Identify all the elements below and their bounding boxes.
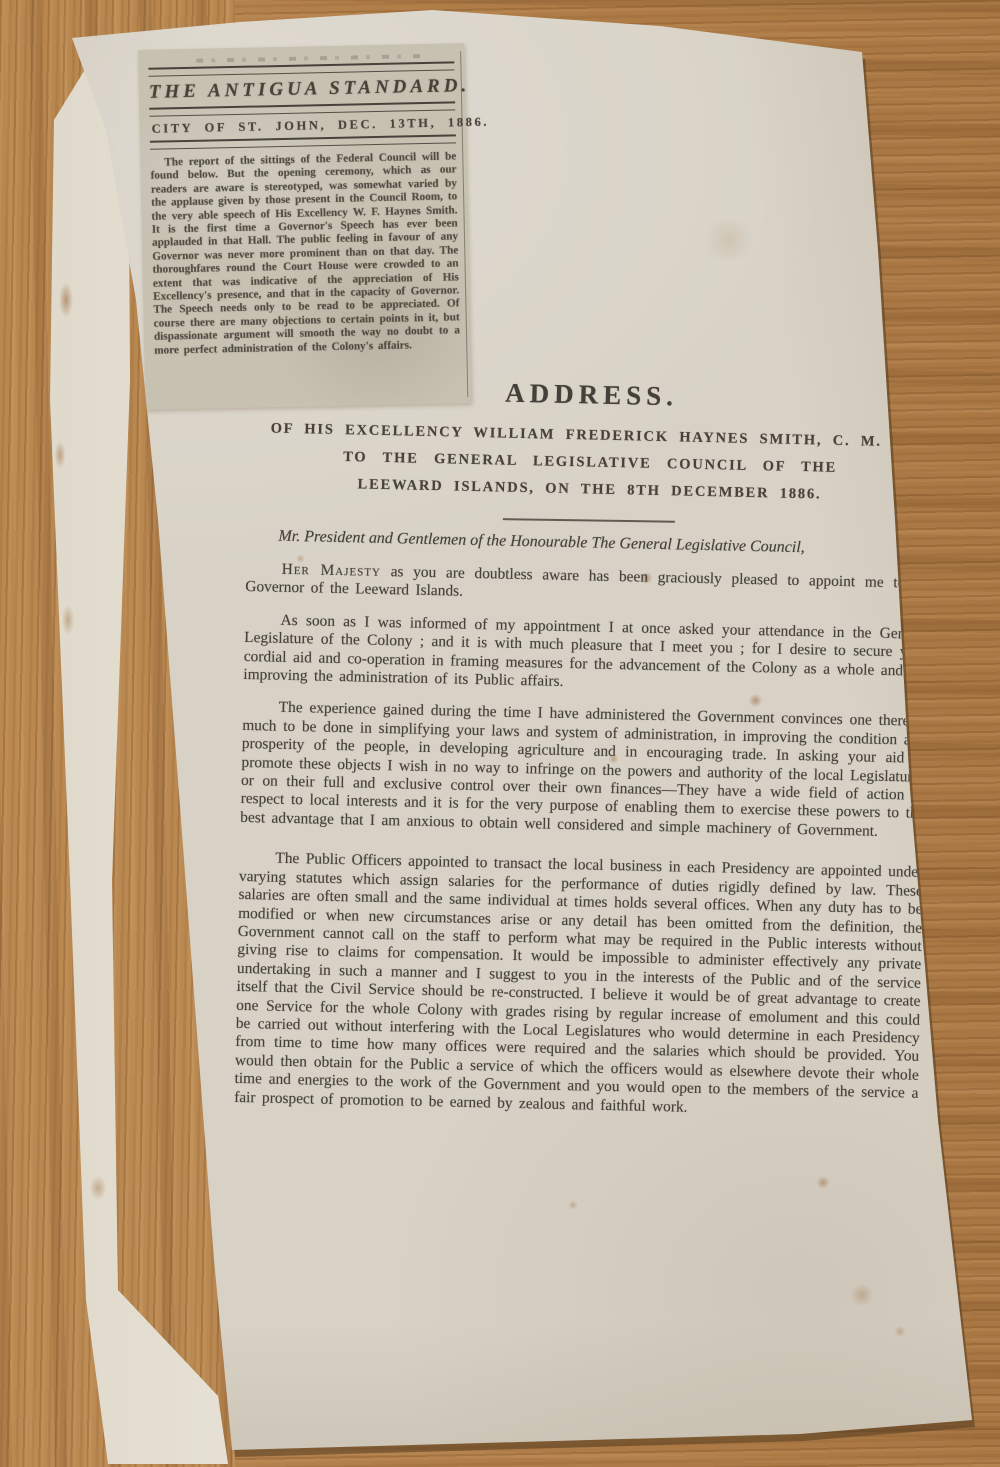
document-paragraph: The experience gained during the time I … [240, 698, 927, 842]
paragraphs: Her Majesty as you are doubtless aware h… [234, 560, 930, 1122]
clipping-body-text: The report of the sittings of the Federa… [150, 150, 460, 357]
document-paragraph: As soon as I was informed of my appointm… [243, 611, 928, 700]
foxing-spot [850, 1284, 874, 1306]
heading-divider-rule [503, 518, 675, 523]
document-paragraph: The Public Officers appointed to transac… [234, 849, 923, 1122]
address-text-block: ADDRESS. OF HIS EXCELLENCY WILLIAM FREDE… [234, 372, 934, 1136]
foxing-spot [700, 220, 756, 260]
photo-of-pamphlet: THE ANTIGUA STANDARD. CITY OF ST. JOHN, … [0, 0, 1000, 1467]
clipping-column-rule [460, 51, 469, 397]
document-title: ADDRESS. [249, 372, 934, 418]
salutation: Mr. President and Gentlemen of the Honou… [246, 526, 846, 559]
document-paragraph: Her Majesty as you are doubtless aware h… [245, 560, 930, 612]
foxing-spot [568, 1200, 578, 1210]
paragraph-lead-small-caps: Her Majesty [282, 561, 382, 580]
newspaper-clipping: THE ANTIGUA STANDARD. CITY OF ST. JOHN, … [138, 43, 471, 410]
foxing-spot [894, 1326, 906, 1337]
foxing-spot [816, 1176, 830, 1189]
